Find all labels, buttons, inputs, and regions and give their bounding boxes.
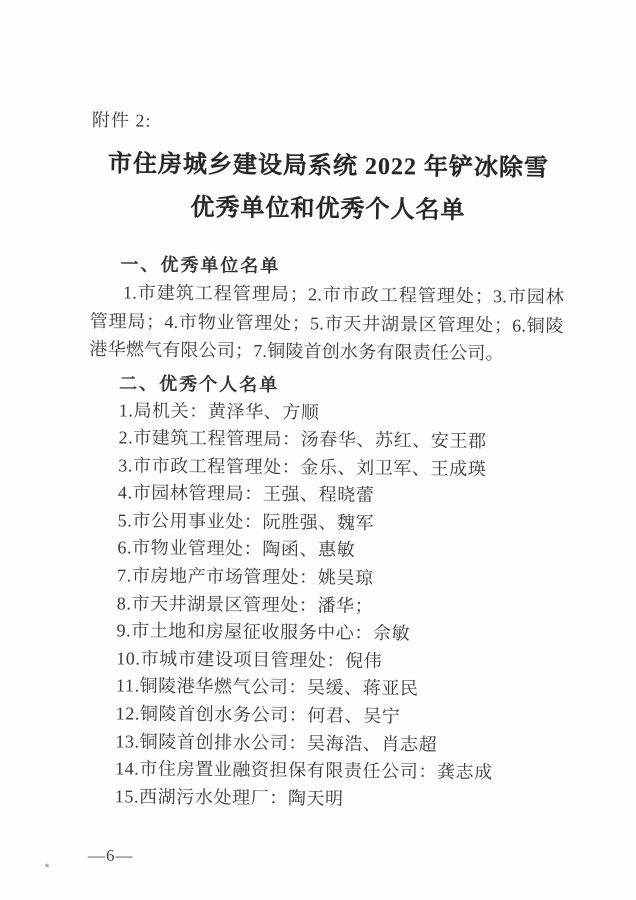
individuals-list: 1.局机关：黄泽华、方顺 2.市建筑工程管理局：汤春华、苏红、安王郡 3.市市政… (85, 397, 563, 816)
page-number: —6— (88, 846, 134, 866)
individuals-section-heading: 二、优秀个人名单 (89, 369, 563, 402)
list-item: 15.西湖污水处理厂：陶天明 (85, 783, 559, 816)
scanned-document-page: 附件 2: 市住房城乡建设局系统 2022 年铲冰除雪 优秀单位和优秀个人名单 … (0, 0, 636, 900)
list-item: 7.市房地产市场管理处：姚吴琼 (87, 562, 561, 595)
units-paragraph: 1.市建筑工程管理局；2.市市政工程管理处；3.市园林管理局；4.市物业管理处；… (89, 278, 564, 368)
scan-speck-artifact (45, 863, 50, 868)
attachment-label: 附件 2: (92, 107, 566, 138)
document-title-line2: 优秀单位和优秀个人名单 (91, 186, 565, 234)
document-title-line1: 市住房城乡建设局系统 2022 年铲冰除雪 (91, 143, 565, 191)
document-content: 附件 2: 市住房城乡建设局系统 2022 年铲冰除雪 优秀单位和优秀个人名单 … (85, 107, 566, 815)
document-title: 市住房城乡建设局系统 2022 年铲冰除雪 优秀单位和优秀个人名单 (91, 143, 566, 234)
list-item: 12.铜陵首创水务公司：何君、吴宁 (86, 700, 560, 733)
